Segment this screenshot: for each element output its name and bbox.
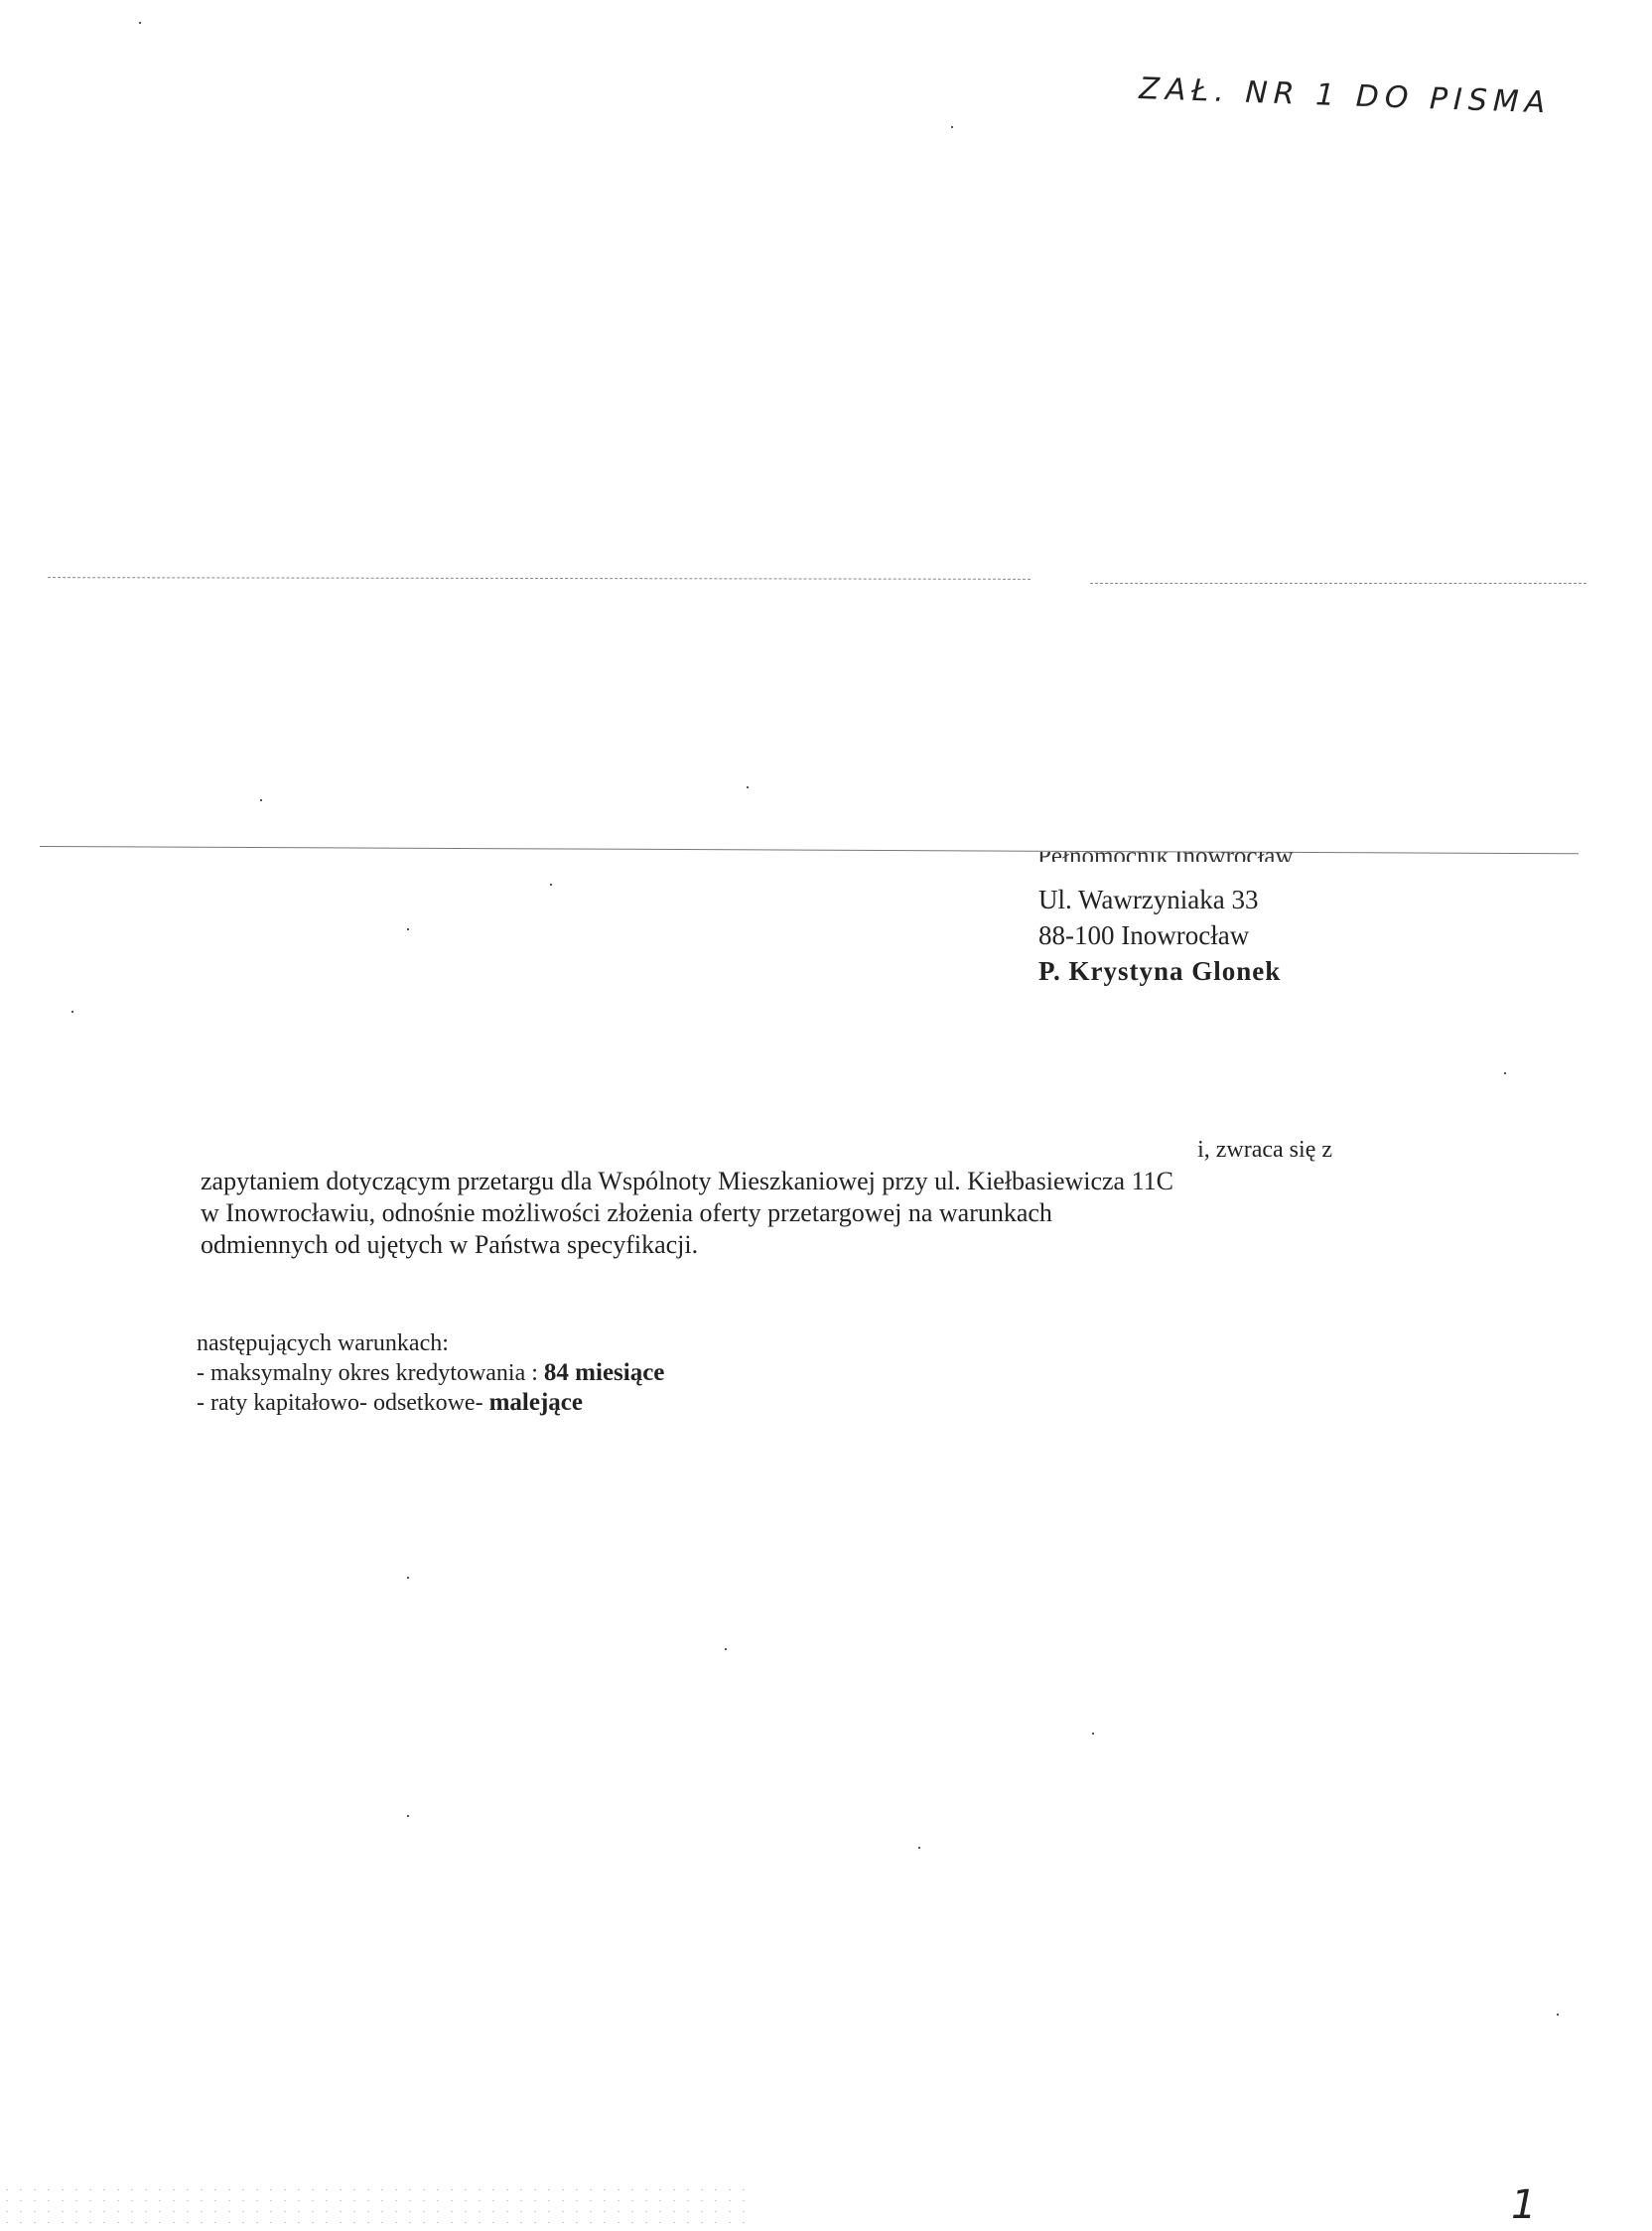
condition-item: - raty kapitałowo- odsetkowe- malejące [197,1388,664,1418]
conditions-intro: następujących warunkach: [197,1328,664,1358]
redaction-divider-1a [48,577,1031,580]
redaction-divider-2 [40,846,1579,854]
recipient-address-block: Ul. Wawrzyniaka 33 88-100 Inowrocław P. … [1038,882,1281,989]
scan-speck [407,1577,409,1579]
scan-speck [918,1847,920,1849]
body-line: odmiennych od ujętych w Państwa specyfik… [201,1229,1442,1261]
condition-label: - raty kapitałowo- odsetkowe- [197,1390,489,1416]
scan-speck [725,1648,727,1650]
condition-item: - maksymalny okres kredytowania : 84 mie… [197,1358,664,1388]
redaction-divider-1b [1090,583,1586,584]
handwritten-annotation: ZAŁ. NR 1 DO PISMA [1139,71,1552,120]
page-number: 1 [1511,2182,1536,2228]
body-fragment: i, zwraca się z [201,1134,1442,1166]
scan-speck [407,928,409,930]
scan-speck [407,1815,409,1817]
conditions-list: następujących warunkach: - maksymalny ok… [197,1328,664,1418]
condition-label: - maksymalny okres kredytowania : [197,1360,544,1386]
scan-speck [550,884,552,886]
scan-speck [1092,1733,1094,1735]
scan-speck [951,126,953,128]
body-paragraph: i, zwraca się z zapytaniem dotyczącym pr… [201,1134,1442,1261]
recipient-cutoff-line: Pełnomocnik Inowrocław [1037,852,1294,862]
scan-speck [747,786,749,788]
condition-value: malejące [489,1389,583,1416]
scan-speck [1557,2014,1559,2016]
scan-noise-band [0,2184,755,2231]
recipient-city: 88-100 Inowrocław [1038,917,1281,953]
scan-speck [139,22,141,24]
scan-speck [260,799,262,801]
body-line: zapytaniem dotyczącym przetargu dla Wspó… [201,1166,1442,1197]
recipient-street: Ul. Wawrzyniaka 33 [1038,882,1281,917]
recipient-name: P. Krystyna Glonek [1038,953,1281,989]
condition-value: 84 miesiące [544,1359,664,1386]
body-line: w Inowrocławiu, odnośnie możliwości złoż… [201,1197,1442,1229]
scan-speck [1504,1072,1506,1074]
scan-speck [71,1011,73,1013]
